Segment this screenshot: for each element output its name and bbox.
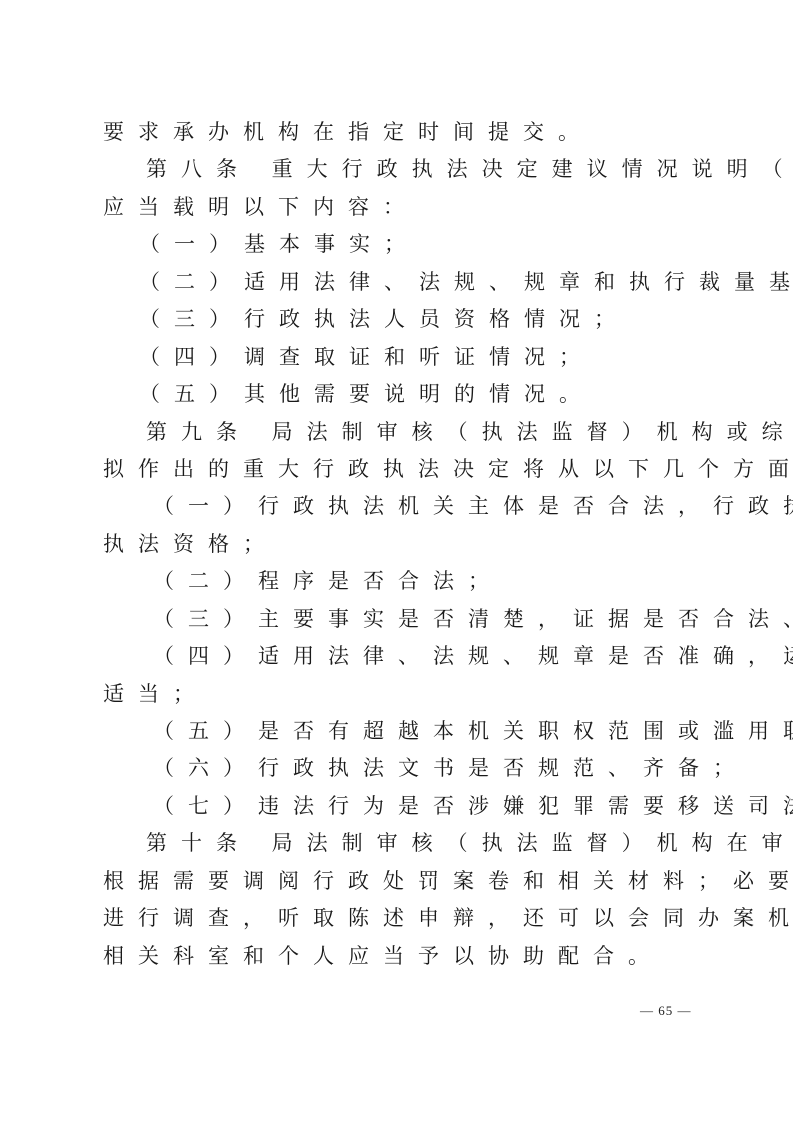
text-line: 拟作出的重大行政执法决定将从以下几个方面进行审核：: [103, 451, 705, 488]
text-line: 适当；: [103, 676, 705, 713]
article-9-item: （七）违法行为是否涉嫌犯罪需要移送司法机关。: [103, 788, 705, 825]
article-9-item: （一）行政执法机关主体是否合法，行政执法人员是否具备: [103, 488, 705, 525]
article-8-item: （四）调查取证和听证情况；: [103, 339, 705, 376]
text-line: 要求承办机构在指定时间提交。: [103, 114, 705, 151]
article-8-item: （五）其他需要说明的情况。: [103, 376, 705, 413]
page-number: — 65 —: [640, 1003, 692, 1019]
document-page: 要求承办机构在指定时间提交。 第八条 重大行政执法决定建议情况说明（案件处理意见…: [0, 0, 793, 1122]
article-8-heading: 第八条 重大行政执法决定建议情况说明（案件处理意见书）: [103, 151, 705, 188]
article-9-item: （六）行政执法文书是否规范、齐备；: [103, 750, 705, 787]
text-line: 相关科室和个人应当予以协助配合。: [103, 938, 705, 975]
article-9-item: （三）主要事实是否清楚，证据是否合法、充分；: [103, 601, 705, 638]
article-8-item: （一）基本事实；: [103, 226, 705, 263]
article-9-item: （四）适用法律、法规、规章是否准确，运用裁量基准是否: [103, 638, 705, 675]
text-line: 根据需要调阅行政处罚案卷和相关材料；必要时也可以向当事人: [103, 863, 705, 900]
article-9-item: （五）是否有超越本机关职权范围或滥用职权的情形；: [103, 713, 705, 750]
text-line: 进行调查，听取陈述申辩，还可以会同办案机构深入调查取证。: [103, 900, 705, 937]
text-line: 应当载明以下内容：: [103, 189, 705, 226]
article-9-heading: 第九条 局法制审核（执法监督）机构或综合行政执法队对: [103, 414, 705, 451]
document-body: 要求承办机构在指定时间提交。 第八条 重大行政执法决定建议情况说明（案件处理意见…: [103, 114, 705, 975]
article-9-item: （二）程序是否合法；: [103, 563, 705, 600]
article-8-item: （二）适用法律、法规、规章和执行裁量基准的情况；: [103, 264, 705, 301]
text-line: 执法资格；: [103, 526, 705, 563]
article-8-item: （三）行政执法人员资格情况；: [103, 301, 705, 338]
article-10-heading: 第十条 局法制审核（执法监督）机构在审核过程中，有权: [103, 825, 705, 862]
